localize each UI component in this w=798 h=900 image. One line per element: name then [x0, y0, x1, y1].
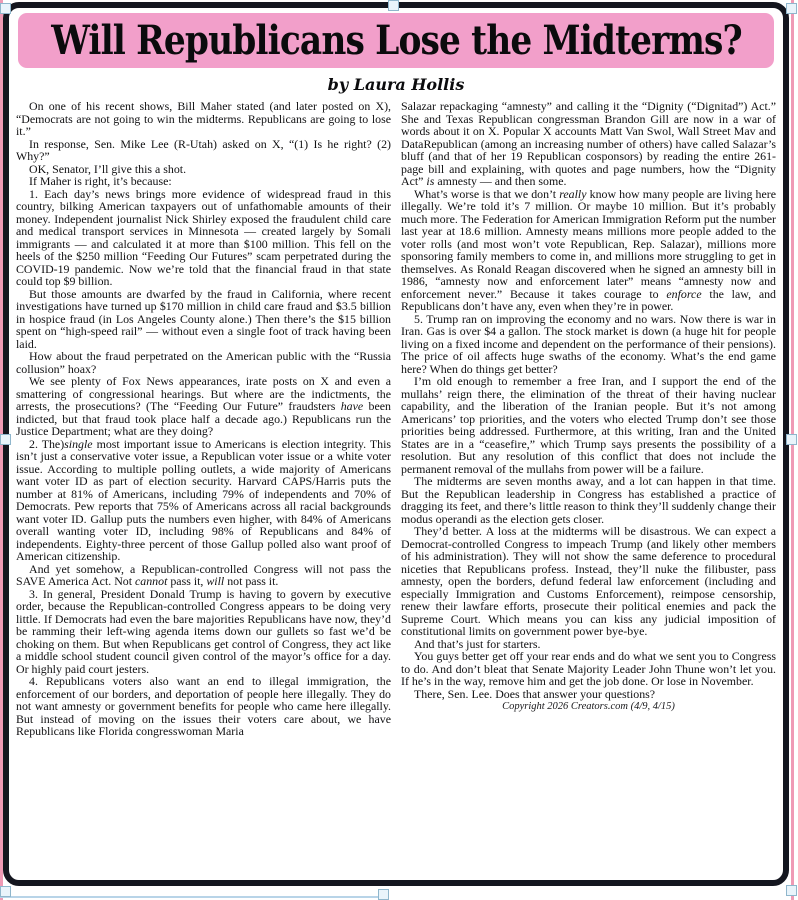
article-paragraph: 5. Trump ran on improving the economy an…: [401, 313, 776, 376]
article-paragraph: I’m old enough to remember a free Iran, …: [401, 375, 776, 475]
article-paragraph: If Maher is right, it’s because:: [16, 175, 391, 188]
article-paragraph: You guys better get off your rear ends a…: [401, 650, 776, 688]
article-paragraph: What’s worse is that we don’t really kno…: [401, 188, 776, 313]
selection-handle-bottom-center[interactable]: [378, 889, 389, 900]
article-title: Will Republicans Lose the Midterms?: [51, 17, 742, 64]
article-paragraph: The midterms are seven months away, and …: [401, 475, 776, 525]
copyright-line: Copyright 2026 Creators.com (4/9, 4/15): [401, 701, 776, 712]
page-margin-guide-right: [791, 0, 794, 900]
article-paragraph: There, Sen. Lee. Does that answer your q…: [401, 688, 776, 701]
article-paragraph: 3. In general, President Donald Trump is…: [16, 588, 391, 676]
column-clipping-frame[interactable]: Will Republicans Lose the Midterms? by L…: [3, 2, 789, 886]
article-column-right: Salazar repackaging “amnesty” and callin…: [401, 100, 776, 876]
right-column-text: Salazar repackaging “amnesty” and callin…: [401, 100, 776, 700]
article-paragraph: But those amounts are dwarfed by the fra…: [16, 288, 391, 351]
selection-handle-middle-right[interactable]: [786, 434, 797, 445]
article-column-left: On one of his recent shows, Bill Maher s…: [16, 100, 391, 876]
article-paragraph: Salazar repackaging “amnesty” and callin…: [401, 100, 776, 188]
article-paragraph: In response, Sen. Mike Lee (R-Utah) aske…: [16, 138, 391, 163]
article-paragraph: 4. Republicans voters also want an end t…: [16, 675, 391, 738]
editor-canvas: Will Republicans Lose the Midterms? by L…: [0, 0, 798, 900]
article-paragraph: 2. The)single most important issue to Am…: [16, 438, 391, 563]
article-paragraph: And yet somehow, a Republican-controlled…: [16, 563, 391, 588]
article-paragraph: How about the fraud perpetrated on the A…: [16, 350, 391, 375]
article-paragraph: We see plenty of Fox News appearances, i…: [16, 375, 391, 438]
selection-handle-top-left[interactable]: [0, 3, 11, 14]
article-body: On one of his recent shows, Bill Maher s…: [9, 94, 783, 876]
article-paragraph: 1. Each day’s news brings more evidence …: [16, 188, 391, 288]
selection-handle-bottom-left[interactable]: [0, 886, 11, 897]
bottom-edge-guide: [0, 896, 384, 898]
headline-banner: Will Republicans Lose the Midterms?: [18, 13, 774, 68]
selection-handle-bottom-right[interactable]: [786, 885, 797, 896]
selection-handle-middle-left[interactable]: [0, 434, 11, 445]
article-paragraph: On one of his recent shows, Bill Maher s…: [16, 100, 391, 138]
selection-handle-top-right[interactable]: [786, 3, 797, 14]
article-paragraph: They’d better. A loss at the midterms wi…: [401, 525, 776, 638]
byline: by Laura Hollis: [9, 75, 783, 94]
left-column-text: On one of his recent shows, Bill Maher s…: [16, 100, 391, 738]
selection-handle-top-center[interactable]: [388, 0, 399, 11]
